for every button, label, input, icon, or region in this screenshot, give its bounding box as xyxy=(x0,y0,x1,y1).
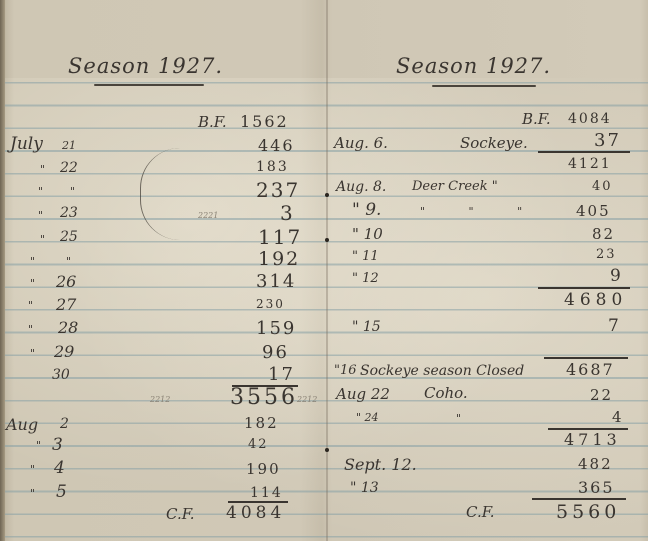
entry-amount: 446 xyxy=(258,138,295,154)
ditto-mark: " xyxy=(40,234,45,245)
ditto-mark: " xyxy=(40,164,45,175)
entry-amount: 96 xyxy=(262,344,289,362)
entry-amount: 40 xyxy=(592,180,613,193)
entry-date: Aug. 6. xyxy=(334,136,388,151)
pen-mark xyxy=(140,148,181,240)
entry-day: 3 xyxy=(52,437,63,454)
carried-forward-value: 4084 xyxy=(226,505,285,522)
ditto-mark: " xyxy=(36,440,41,451)
running-total: 4680 xyxy=(564,292,627,309)
entry-amount: 182 xyxy=(244,416,279,431)
entry-amount: 230 xyxy=(256,298,285,310)
sum-line xyxy=(532,498,626,500)
left-page-title: Season 1927. xyxy=(68,56,223,77)
entry-day: 29 xyxy=(54,344,74,360)
entry-amount: 314 xyxy=(256,273,296,291)
entry-description: Deer Creek " xyxy=(412,180,498,193)
ledger-spread: Season 1927. B.F. 1562 July 21 446 " 22 … xyxy=(0,0,648,541)
entry-amount: 22 xyxy=(590,388,613,403)
ditto-mark: " xyxy=(456,413,461,424)
carried-label: C.F. xyxy=(466,505,495,520)
sum-line xyxy=(538,151,630,153)
title-underline xyxy=(94,84,204,86)
entry-amount: 114 xyxy=(250,486,283,500)
entry-day: 25 xyxy=(60,230,78,244)
entry-date: " 9. xyxy=(352,202,381,219)
entry-day: 5 xyxy=(56,484,67,501)
running-total: 4121 xyxy=(568,157,612,171)
margin-note: 2221 xyxy=(198,212,218,220)
entry-amount: 237 xyxy=(256,180,300,200)
entry-amount: 159 xyxy=(256,320,296,338)
brought-forward-label: B.F. xyxy=(198,115,227,130)
ditto-mark: " xyxy=(28,324,33,335)
entry-date: " 13 xyxy=(350,481,379,495)
binding-stitch xyxy=(325,193,329,197)
ditto-mark: " xyxy=(30,348,35,359)
entry-date: " 24 xyxy=(356,412,379,423)
entry-amount: 42 xyxy=(248,438,269,451)
subtotal-value: 3556 xyxy=(230,387,298,409)
entry-amount: 482 xyxy=(578,457,613,472)
binding-stitch xyxy=(325,238,329,242)
entry-date: " 15 xyxy=(352,320,381,334)
entry-amount: 3 xyxy=(280,203,295,223)
entry-amount: 7 xyxy=(608,318,621,335)
entry-amount: 190 xyxy=(246,462,281,477)
ditto-mark: " xyxy=(30,464,35,475)
entry-date: Aug. 8. xyxy=(336,180,386,194)
entry-month: July xyxy=(10,136,43,153)
margin-note: 2212 xyxy=(297,396,317,404)
entry-date: "16 xyxy=(334,364,357,377)
sum-line xyxy=(544,357,628,359)
entry-day: 22 xyxy=(60,161,78,175)
entry-amount: 183 xyxy=(256,160,289,174)
ditto-mark: " xyxy=(70,186,75,197)
running-total: 4713 xyxy=(564,432,621,448)
ditto-mark: " xyxy=(30,488,35,499)
page-edge xyxy=(0,0,5,541)
entry-day: 2 xyxy=(60,417,69,431)
ditto-mark: " xyxy=(38,210,43,221)
entry-amount: 9 xyxy=(610,268,623,285)
ditto-mark: " xyxy=(30,278,35,289)
entry-date: " 11 xyxy=(352,250,379,263)
margin-note: 2212 xyxy=(150,396,170,404)
entry-amount: 117 xyxy=(258,227,302,247)
ditto-mark: " xyxy=(38,186,43,197)
title-underline xyxy=(432,85,536,87)
entry-amount: 4 xyxy=(612,410,624,425)
entry-amount: 82 xyxy=(592,227,615,242)
entry-amount: 23 xyxy=(596,248,617,261)
entry-day: 26 xyxy=(56,274,76,290)
entry-date: " 10 xyxy=(352,227,383,242)
entry-month: Aug xyxy=(6,417,38,433)
entry-amount: 37 xyxy=(594,132,621,150)
entry-day: 23 xyxy=(60,206,78,220)
season-total: 4687 xyxy=(566,362,615,378)
binding-stitch xyxy=(325,448,329,452)
entry-day: 27 xyxy=(56,297,76,313)
entry-date: Sept. 12. xyxy=(344,457,417,473)
entry-date: " 12 xyxy=(352,272,379,285)
ditto-mark: " xyxy=(66,256,71,267)
entry-amount: 405 xyxy=(576,204,611,219)
brought-forward-label: B.F. xyxy=(522,112,551,127)
brought-forward-value: 4084 xyxy=(568,112,612,126)
entry-description: Sockeye. xyxy=(460,136,528,151)
entry-amount: 365 xyxy=(578,480,615,496)
entry-day: 4 xyxy=(54,460,65,477)
entry-description: Coho. xyxy=(424,386,468,401)
carried-value: 5560 xyxy=(556,503,620,522)
ditto-mark: " xyxy=(28,300,33,311)
season-closed-note: Sockeye season Closed xyxy=(360,364,524,378)
sum-line xyxy=(538,287,630,289)
carried-forward-label: C.F. xyxy=(166,507,195,522)
ditto-mark: " xyxy=(30,256,35,267)
entry-amount: 192 xyxy=(258,250,300,269)
center-binding xyxy=(326,0,328,541)
entry-day: 28 xyxy=(58,320,78,336)
right-page-title: Season 1927. xyxy=(396,56,551,77)
entry-amount: 17 xyxy=(268,366,295,384)
entry-day: 30 xyxy=(52,368,70,382)
ruled-lines xyxy=(0,0,648,541)
entry-day: 21 xyxy=(62,140,76,151)
brought-forward-value: 1562 xyxy=(240,114,289,130)
entry-date: Aug 22 xyxy=(336,387,390,402)
ditto-marks: " " " xyxy=(420,206,542,217)
